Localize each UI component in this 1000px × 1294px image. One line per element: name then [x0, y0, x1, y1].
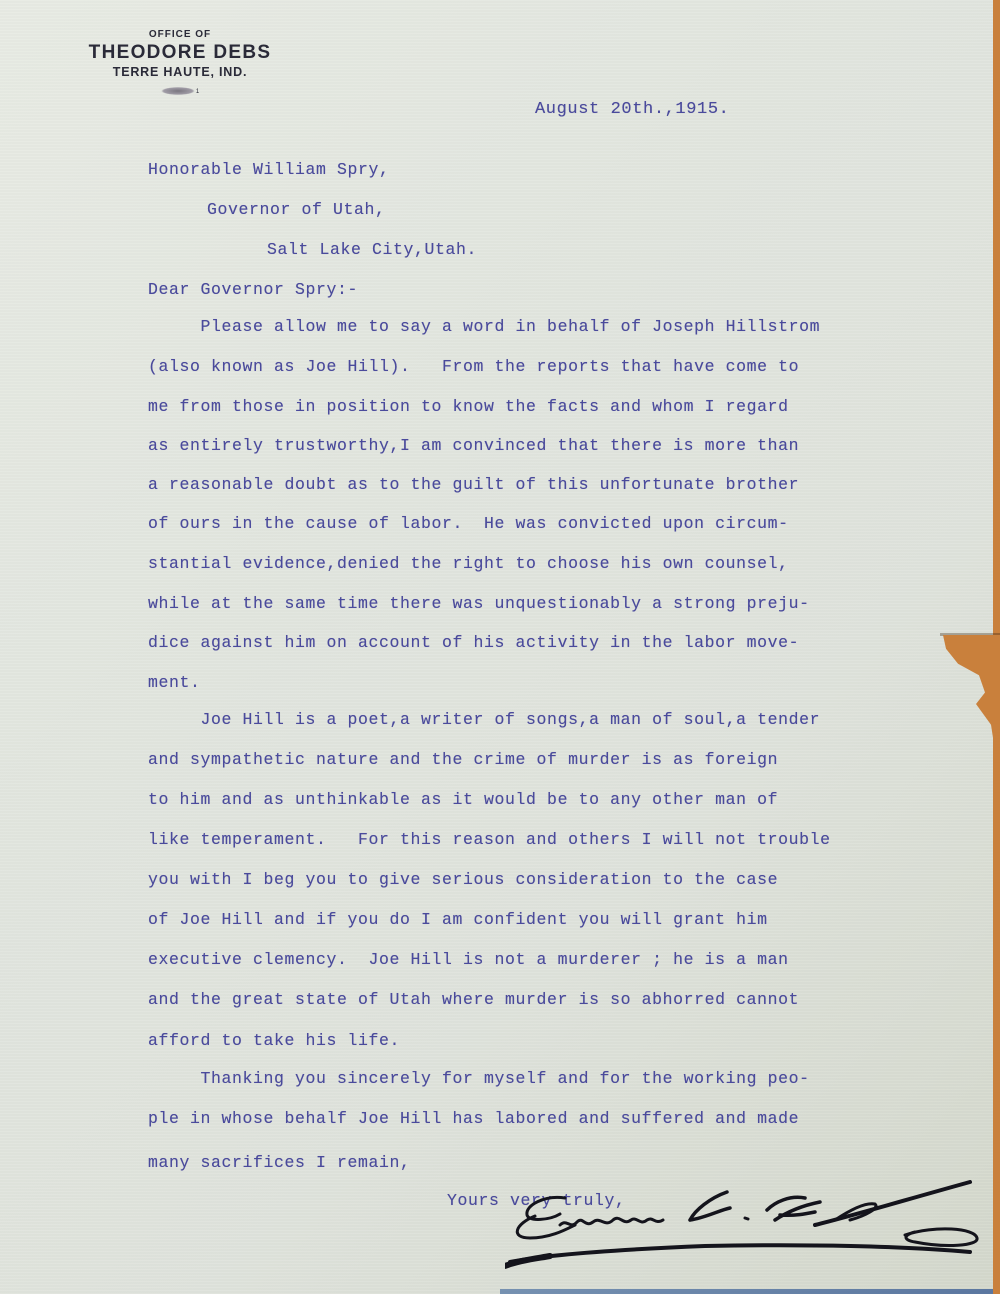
- body-line: stantial evidence,denied the right to ch…: [148, 554, 789, 574]
- body-line: as entirely trustworthy,I am convinced t…: [148, 436, 799, 456]
- body-line: and sympathetic nature and the crime of …: [148, 750, 778, 770]
- body-line: many sacrifices I remain,: [148, 1153, 411, 1173]
- union-label-number: 1: [196, 89, 199, 95]
- letter-paper: OFFICE OF THEODORE DEBS TERRE HAUTE, IND…: [0, 0, 993, 1294]
- body-line: like temperament. For this reason and ot…: [148, 830, 831, 850]
- body-line: a reasonable doubt as to the guilt of th…: [148, 475, 799, 495]
- body-line: Joe Hill is a poet,a writer of songs,a m…: [148, 710, 820, 730]
- body-line: of ours in the cause of labor. He was co…: [148, 514, 789, 534]
- letterhead-city: TERRE HAUTE, IND.: [60, 64, 300, 81]
- body-line: to him and as unthinkable as it would be…: [148, 790, 778, 810]
- body-line: me from those in position to know the fa…: [148, 397, 789, 417]
- body-line: dice against him on account of his activ…: [148, 633, 799, 653]
- union-label: 1: [60, 81, 300, 100]
- letterhead-office-of: OFFICE OF: [60, 28, 300, 42]
- body-line: ment.: [148, 673, 201, 693]
- body-line: while at the same time there was unquest…: [148, 594, 810, 614]
- body-line: executive clemency. Joe Hill is not a mu…: [148, 950, 789, 970]
- body-line: ple in whose behalf Joe Hill has labored…: [148, 1109, 799, 1129]
- body-line: and the great state of Utah where murder…: [148, 990, 799, 1010]
- body-line: afford to take his life.: [148, 1031, 400, 1051]
- body-line: Please allow me to say a word in behalf …: [148, 317, 820, 337]
- recipient-line-3: Salt Lake City,Utah.: [267, 240, 477, 260]
- union-bug-icon: [161, 87, 195, 95]
- salutation: Dear Governor Spry:-: [148, 280, 358, 300]
- letterhead: OFFICE OF THEODORE DEBS TERRE HAUTE, IND…: [60, 28, 300, 100]
- recipient-line-1: Honorable William Spry,: [148, 160, 390, 180]
- letterhead-name: THEODORE DEBS: [60, 42, 300, 64]
- body-line: (also known as Joe Hill). From the repor…: [148, 357, 799, 377]
- body-line: of Joe Hill and if you do I am confident…: [148, 910, 768, 930]
- letter-date: August 20th.,1915.: [535, 100, 729, 120]
- recipient-line-2: Governor of Utah,: [207, 200, 386, 220]
- background-edge: [500, 1289, 993, 1294]
- handwritten-signature-icon: [505, 1180, 985, 1290]
- body-line: Thanking you sincerely for myself and fo…: [148, 1069, 810, 1089]
- body-line: you with I beg you to give serious consi…: [148, 870, 778, 890]
